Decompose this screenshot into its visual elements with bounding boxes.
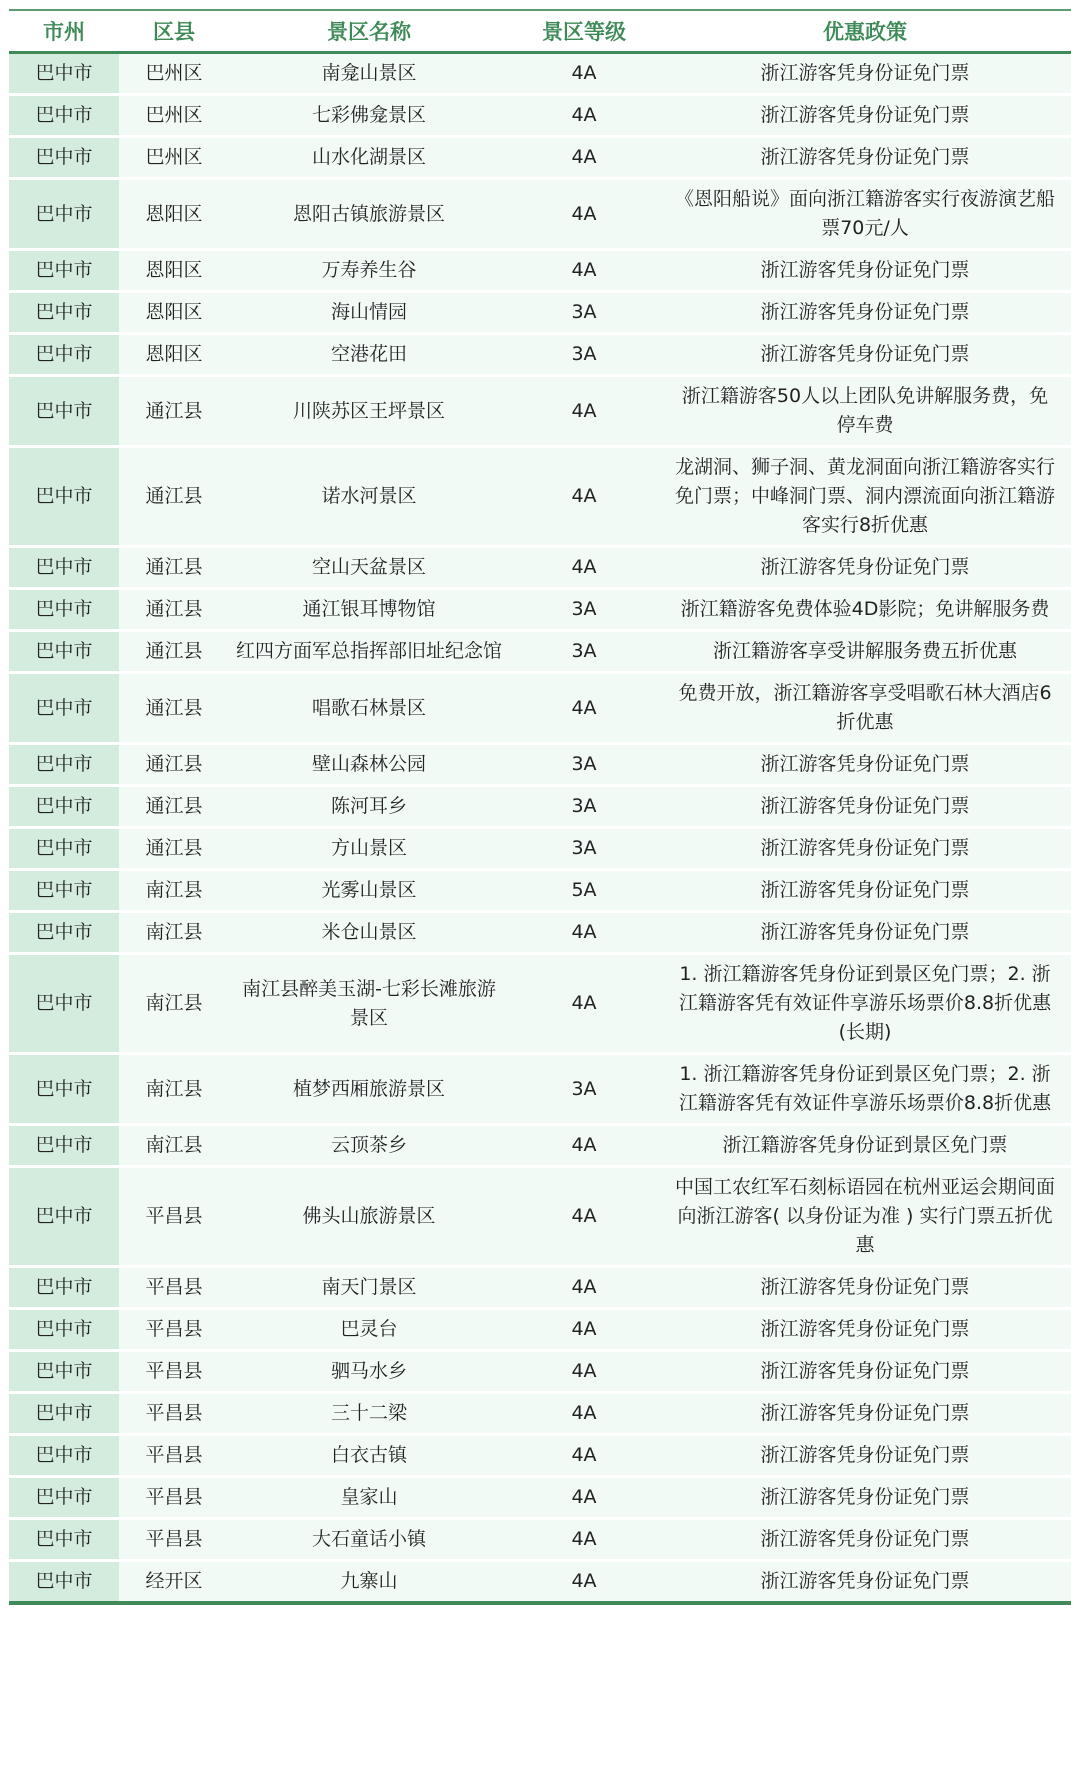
district-cell: 通江县	[119, 829, 229, 871]
district-cell: 通江县	[119, 448, 229, 548]
scenic-name-cell: 空山天盆景区	[229, 548, 509, 590]
district-cell: 通江县	[119, 745, 229, 787]
grade-cell: 4A	[509, 1352, 659, 1394]
district-cell: 南江县	[119, 1126, 229, 1168]
city-cell: 巴中市	[9, 632, 119, 674]
scenic-name-cell: 方山景区	[229, 829, 509, 871]
city-cell: 巴中市	[9, 1126, 119, 1168]
policy-cell: 浙江游客凭身份证免门票	[659, 548, 1071, 590]
district-cell: 平昌县	[119, 1436, 229, 1478]
table-row: 巴中市南江县光雾山景区5A浙江游客凭身份证免门票	[9, 871, 1071, 913]
grade-cell: 4A	[509, 913, 659, 955]
scenic-name-cell: 皇家山	[229, 1478, 509, 1520]
city-cell: 巴中市	[9, 1562, 119, 1605]
district-cell: 恩阳区	[119, 180, 229, 251]
city-cell: 巴中市	[9, 1436, 119, 1478]
policy-cell: 浙江游客凭身份证免门票	[659, 1478, 1071, 1520]
city-cell: 巴中市	[9, 1520, 119, 1562]
policy-cell: 龙湖洞、狮子洞、黄龙洞面向浙江籍游客实行免门票；中峰洞门票、洞内漂流面向浙江籍游…	[659, 448, 1071, 548]
city-cell: 巴中市	[9, 293, 119, 335]
grade-cell: 4A	[509, 1310, 659, 1352]
city-cell: 巴中市	[9, 1352, 119, 1394]
policy-cell: 浙江游客凭身份证免门票	[659, 293, 1071, 335]
district-cell: 通江县	[119, 632, 229, 674]
scenic-name-cell: 南江县醉美玉湖-七彩长滩旅游景区	[229, 955, 509, 1055]
city-cell: 巴中市	[9, 448, 119, 548]
scenic-name-cell: 七彩佛龛景区	[229, 96, 509, 138]
table-row: 巴中市恩阳区万寿养生谷4A浙江游客凭身份证免门票	[9, 251, 1071, 293]
grade-cell: 3A	[509, 745, 659, 787]
policy-cell: 浙江籍游客50人以上团队免讲解服务费，免停车费	[659, 377, 1071, 448]
grade-cell: 4A	[509, 251, 659, 293]
scenic-name-cell: 白衣古镇	[229, 1436, 509, 1478]
city-cell: 巴中市	[9, 138, 119, 180]
district-cell: 恩阳区	[119, 293, 229, 335]
grade-cell: 4A	[509, 1168, 659, 1268]
policy-cell: 1. 浙江籍游客凭身份证到景区免门票；2. 浙江籍游客凭有效证件享游乐场票价8.…	[659, 955, 1071, 1055]
header-district: 区县	[119, 9, 229, 54]
scenic-discount-table-container: 市州 区县 景区名称 景区等级 优惠政策 巴中市巴州区南龛山景区4A浙江游客凭身…	[9, 9, 1071, 1605]
grade-cell: 3A	[509, 590, 659, 632]
policy-cell: 《恩阳船说》面向浙江籍游客实行夜游演艺船票70元/人	[659, 180, 1071, 251]
header-row: 市州 区县 景区名称 景区等级 优惠政策	[9, 9, 1071, 54]
scenic-name-cell: 海山情园	[229, 293, 509, 335]
table-row: 巴中市巴州区山水化湖景区4A浙江游客凭身份证免门票	[9, 138, 1071, 180]
scenic-name-cell: 光雾山景区	[229, 871, 509, 913]
policy-cell: 浙江籍游客凭身份证到景区免门票	[659, 1126, 1071, 1168]
district-cell: 平昌县	[119, 1520, 229, 1562]
district-cell: 南江县	[119, 871, 229, 913]
district-cell: 恩阳区	[119, 335, 229, 377]
scenic-discount-table: 市州 区县 景区名称 景区等级 优惠政策 巴中市巴州区南龛山景区4A浙江游客凭身…	[9, 9, 1071, 1605]
table-row: 巴中市平昌县皇家山4A浙江游客凭身份证免门票	[9, 1478, 1071, 1520]
grade-cell: 3A	[509, 787, 659, 829]
district-cell: 巴州区	[119, 54, 229, 96]
city-cell: 巴中市	[9, 829, 119, 871]
district-cell: 平昌县	[119, 1478, 229, 1520]
policy-cell: 浙江游客凭身份证免门票	[659, 1268, 1071, 1310]
scenic-name-cell: 三十二梁	[229, 1394, 509, 1436]
city-cell: 巴中市	[9, 180, 119, 251]
table-row: 巴中市平昌县驷马水乡4A浙江游客凭身份证免门票	[9, 1352, 1071, 1394]
district-cell: 恩阳区	[119, 251, 229, 293]
table-row: 巴中市平昌县南天门景区4A浙江游客凭身份证免门票	[9, 1268, 1071, 1310]
table-row: 巴中市通江县壁山森林公园3A浙江游客凭身份证免门票	[9, 745, 1071, 787]
policy-cell: 浙江游客凭身份证免门票	[659, 96, 1071, 138]
policy-cell: 浙江游客凭身份证免门票	[659, 54, 1071, 96]
grade-cell: 4A	[509, 96, 659, 138]
table-row: 巴中市巴州区七彩佛龛景区4A浙江游客凭身份证免门票	[9, 96, 1071, 138]
scenic-name-cell: 巴灵台	[229, 1310, 509, 1352]
city-cell: 巴中市	[9, 745, 119, 787]
grade-cell: 4A	[509, 448, 659, 548]
district-cell: 通江县	[119, 377, 229, 448]
city-cell: 巴中市	[9, 787, 119, 829]
scenic-name-cell: 红四方面军总指挥部旧址纪念馆	[229, 632, 509, 674]
district-cell: 经开区	[119, 1562, 229, 1605]
policy-cell: 浙江游客凭身份证免门票	[659, 1310, 1071, 1352]
grade-cell: 4A	[509, 1436, 659, 1478]
table-row: 巴中市平昌县白衣古镇4A浙江游客凭身份证免门票	[9, 1436, 1071, 1478]
scenic-name-cell: 九寨山	[229, 1562, 509, 1605]
grade-cell: 4A	[509, 54, 659, 96]
district-cell: 通江县	[119, 787, 229, 829]
grade-cell: 4A	[509, 1268, 659, 1310]
city-cell: 巴中市	[9, 54, 119, 96]
city-cell: 巴中市	[9, 955, 119, 1055]
city-cell: 巴中市	[9, 1310, 119, 1352]
district-cell: 平昌县	[119, 1352, 229, 1394]
policy-cell: 浙江游客凭身份证免门票	[659, 1352, 1071, 1394]
grade-cell: 3A	[509, 632, 659, 674]
table-row: 巴中市恩阳区恩阳古镇旅游景区4A《恩阳船说》面向浙江籍游客实行夜游演艺船票70元…	[9, 180, 1071, 251]
table-row: 巴中市通江县诺水河景区4A龙湖洞、狮子洞、黄龙洞面向浙江籍游客实行免门票；中峰洞…	[9, 448, 1071, 548]
table-row: 巴中市通江县唱歌石林景区4A免费开放，浙江籍游客享受唱歌石林大酒店6折优惠	[9, 674, 1071, 745]
scenic-name-cell: 大石童话小镇	[229, 1520, 509, 1562]
district-cell: 巴州区	[119, 138, 229, 180]
scenic-name-cell: 唱歌石林景区	[229, 674, 509, 745]
city-cell: 巴中市	[9, 871, 119, 913]
scenic-name-cell: 驷马水乡	[229, 1352, 509, 1394]
scenic-name-cell: 通江银耳博物馆	[229, 590, 509, 632]
policy-cell: 浙江游客凭身份证免门票	[659, 1436, 1071, 1478]
scenic-name-cell: 南龛山景区	[229, 54, 509, 96]
grade-cell: 4A	[509, 548, 659, 590]
city-cell: 巴中市	[9, 1055, 119, 1126]
grade-cell: 4A	[509, 674, 659, 745]
policy-cell: 浙江游客凭身份证免门票	[659, 871, 1071, 913]
grade-cell: 4A	[509, 955, 659, 1055]
scenic-name-cell: 山水化湖景区	[229, 138, 509, 180]
policy-cell: 浙江游客凭身份证免门票	[659, 335, 1071, 377]
grade-cell: 4A	[509, 1562, 659, 1605]
city-cell: 巴中市	[9, 590, 119, 632]
table-row: 巴中市通江县陈河耳乡3A浙江游客凭身份证免门票	[9, 787, 1071, 829]
city-cell: 巴中市	[9, 1394, 119, 1436]
policy-cell: 浙江游客凭身份证免门票	[659, 1394, 1071, 1436]
table-row: 巴中市经开区九寨山4A浙江游客凭身份证免门票	[9, 1562, 1071, 1605]
district-cell: 南江县	[119, 913, 229, 955]
grade-cell: 4A	[509, 1520, 659, 1562]
grade-cell: 4A	[509, 1478, 659, 1520]
header-policy: 优惠政策	[659, 9, 1071, 54]
scenic-name-cell: 川陕苏区王坪景区	[229, 377, 509, 448]
district-cell: 南江县	[119, 1055, 229, 1126]
table-row: 巴中市巴州区南龛山景区4A浙江游客凭身份证免门票	[9, 54, 1071, 96]
table-row: 巴中市恩阳区空港花田3A浙江游客凭身份证免门票	[9, 335, 1071, 377]
table-row: 巴中市通江县红四方面军总指挥部旧址纪念馆3A浙江籍游客享受讲解服务费五折优惠	[9, 632, 1071, 674]
city-cell: 巴中市	[9, 1268, 119, 1310]
scenic-name-cell: 诺水河景区	[229, 448, 509, 548]
table-row: 巴中市平昌县佛头山旅游景区4A中国工农红军石刻标语园在杭州亚运会期间面向浙江游客…	[9, 1168, 1071, 1268]
header-grade: 景区等级	[509, 9, 659, 54]
table-row: 巴中市南江县植梦西厢旅游景区3A1. 浙江籍游客凭身份证到景区免门票；2. 浙江…	[9, 1055, 1071, 1126]
header-city: 市州	[9, 9, 119, 54]
policy-cell: 浙江游客凭身份证免门票	[659, 829, 1071, 871]
policy-cell: 浙江籍游客免费体验4D影院；免讲解服务费	[659, 590, 1071, 632]
district-cell: 平昌县	[119, 1310, 229, 1352]
city-cell: 巴中市	[9, 251, 119, 293]
policy-cell: 浙江游客凭身份证免门票	[659, 913, 1071, 955]
table-row: 巴中市恩阳区海山情园3A浙江游客凭身份证免门票	[9, 293, 1071, 335]
scenic-name-cell: 南天门景区	[229, 1268, 509, 1310]
grade-cell: 4A	[509, 377, 659, 448]
city-cell: 巴中市	[9, 548, 119, 590]
table-row: 巴中市南江县南江县醉美玉湖-七彩长滩旅游景区4A1. 浙江籍游客凭身份证到景区免…	[9, 955, 1071, 1055]
city-cell: 巴中市	[9, 1478, 119, 1520]
grade-cell: 3A	[509, 293, 659, 335]
district-cell: 通江县	[119, 674, 229, 745]
grade-cell: 4A	[509, 1394, 659, 1436]
district-cell: 平昌县	[119, 1394, 229, 1436]
scenic-name-cell: 植梦西厢旅游景区	[229, 1055, 509, 1126]
scenic-name-cell: 佛头山旅游景区	[229, 1168, 509, 1268]
scenic-name-cell: 陈河耳乡	[229, 787, 509, 829]
grade-cell: 5A	[509, 871, 659, 913]
city-cell: 巴中市	[9, 1168, 119, 1268]
table-row: 巴中市平昌县大石童话小镇4A浙江游客凭身份证免门票	[9, 1520, 1071, 1562]
scenic-name-cell: 壁山森林公园	[229, 745, 509, 787]
policy-cell: 浙江籍游客享受讲解服务费五折优惠	[659, 632, 1071, 674]
policy-cell: 免费开放，浙江籍游客享受唱歌石林大酒店6折优惠	[659, 674, 1071, 745]
city-cell: 巴中市	[9, 377, 119, 448]
policy-cell: 浙江游客凭身份证免门票	[659, 1520, 1071, 1562]
grade-cell: 4A	[509, 180, 659, 251]
grade-cell: 4A	[509, 1126, 659, 1168]
policy-cell: 浙江游客凭身份证免门票	[659, 1562, 1071, 1605]
policy-cell: 浙江游客凭身份证免门票	[659, 138, 1071, 180]
grade-cell: 3A	[509, 335, 659, 377]
city-cell: 巴中市	[9, 674, 119, 745]
scenic-name-cell: 恩阳古镇旅游景区	[229, 180, 509, 251]
policy-cell: 1. 浙江籍游客凭身份证到景区免门票；2. 浙江籍游客凭有效证件享游乐场票价8.…	[659, 1055, 1071, 1126]
scenic-name-cell: 云顶茶乡	[229, 1126, 509, 1168]
district-cell: 通江县	[119, 548, 229, 590]
table-row: 巴中市南江县云顶茶乡4A浙江籍游客凭身份证到景区免门票	[9, 1126, 1071, 1168]
district-cell: 平昌县	[119, 1268, 229, 1310]
city-cell: 巴中市	[9, 96, 119, 138]
scenic-name-cell: 万寿养生谷	[229, 251, 509, 293]
table-row: 巴中市南江县米仓山景区4A浙江游客凭身份证免门票	[9, 913, 1071, 955]
table-row: 巴中市通江县方山景区3A浙江游客凭身份证免门票	[9, 829, 1071, 871]
grade-cell: 3A	[509, 1055, 659, 1126]
district-cell: 南江县	[119, 955, 229, 1055]
table-row: 巴中市通江县通江银耳博物馆3A浙江籍游客免费体验4D影院；免讲解服务费	[9, 590, 1071, 632]
table-body: 巴中市巴州区南龛山景区4A浙江游客凭身份证免门票巴中市巴州区七彩佛龛景区4A浙江…	[9, 54, 1071, 1605]
table-row: 巴中市平昌县三十二梁4A浙江游客凭身份证免门票	[9, 1394, 1071, 1436]
table-row: 巴中市通江县川陕苏区王坪景区4A浙江籍游客50人以上团队免讲解服务费，免停车费	[9, 377, 1071, 448]
policy-cell: 浙江游客凭身份证免门票	[659, 787, 1071, 829]
grade-cell: 3A	[509, 829, 659, 871]
table-row: 巴中市平昌县巴灵台4A浙江游客凭身份证免门票	[9, 1310, 1071, 1352]
table-row: 巴中市通江县空山天盆景区4A浙江游客凭身份证免门票	[9, 548, 1071, 590]
district-cell: 平昌县	[119, 1168, 229, 1268]
grade-cell: 4A	[509, 138, 659, 180]
scenic-name-cell: 空港花田	[229, 335, 509, 377]
policy-cell: 中国工农红军石刻标语园在杭州亚运会期间面向浙江游客( 以身份证为准 ) 实行门票…	[659, 1168, 1071, 1268]
city-cell: 巴中市	[9, 913, 119, 955]
district-cell: 通江县	[119, 590, 229, 632]
city-cell: 巴中市	[9, 335, 119, 377]
header-scenic-name: 景区名称	[229, 9, 509, 54]
policy-cell: 浙江游客凭身份证免门票	[659, 251, 1071, 293]
district-cell: 巴州区	[119, 96, 229, 138]
policy-cell: 浙江游客凭身份证免门票	[659, 745, 1071, 787]
scenic-name-cell: 米仓山景区	[229, 913, 509, 955]
